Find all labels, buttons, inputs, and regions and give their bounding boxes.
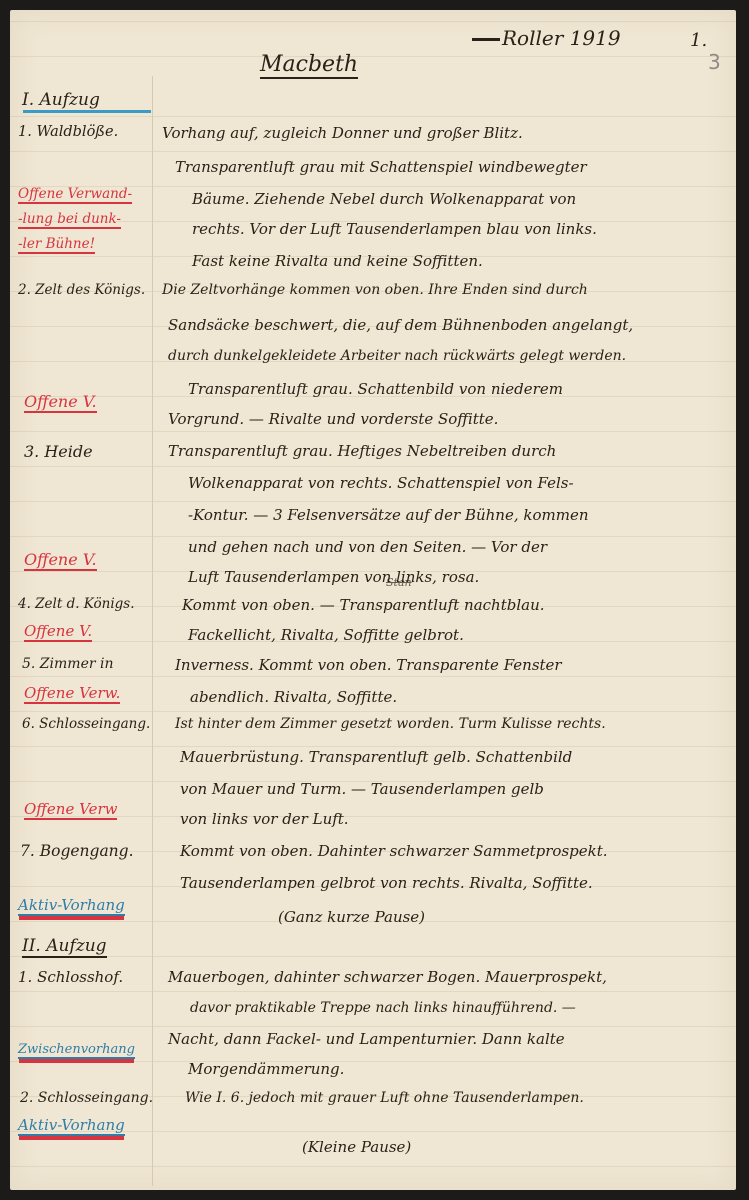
direction-line: von links vor der Luft.	[180, 810, 349, 828]
page-title: Macbeth	[260, 52, 358, 79]
act-heading-2: II. Aufzug	[22, 936, 107, 958]
transition-note: Offene V.	[24, 622, 92, 642]
scene-label: 1. Waldblöße.	[18, 124, 118, 140]
scene-label: 7. Bogengang.	[20, 842, 134, 860]
manuscript-page: Roller 1919 1. 3 Macbeth I. Aufzug 1. Wa…	[10, 10, 736, 1190]
scene-label: 4. Zelt d. Königs.	[18, 596, 135, 612]
direction-line: Nacht, dann Fackel- und Lampenturnier. D…	[168, 1030, 565, 1048]
direction-line: Kommt von oben. — Transparentluft nachtb…	[182, 596, 545, 614]
direction-line: Fast keine Rivalta und keine Soffitten.	[192, 252, 483, 270]
direction-line: Vorhang auf, zugleich Donner und großer …	[162, 124, 523, 142]
struck-word: Stan	[386, 576, 412, 589]
scene-label: 2. Zelt des Königs.	[18, 282, 145, 298]
direction-line: Vorgrund. — Rivalte und vorderste Soffit…	[168, 410, 498, 428]
direction-line: Transparentluft grau. Schattenbild von n…	[188, 380, 563, 398]
transition-note: Offene Verwand-	[18, 186, 132, 204]
author-date-text: Roller 1919	[502, 26, 621, 50]
direction-line: rechts. Vor der Luft Tausenderlampen bla…	[192, 220, 597, 238]
scene-label: 5. Zimmer in	[22, 656, 114, 672]
direction-line: Wolkenapparat von rechts. Schattenspiel …	[188, 474, 574, 492]
direction-line: durch dunkelgekleidete Arbeiter nach rüc…	[168, 348, 626, 364]
pencil-page-number: 3	[708, 50, 721, 74]
direction-line: Ist hinter dem Zimmer gesetzt worden. Tu…	[175, 716, 606, 732]
direction-line: Die Zeltvorhänge kommen von oben. Ihre E…	[162, 282, 588, 298]
margin-rule	[152, 76, 153, 1186]
scene-label: 3. Heide	[24, 442, 93, 461]
direction-text: Kommt von oben. — Transparentluft nachtb…	[182, 596, 545, 614]
curtain-note: Aktiv-Vorhang	[18, 1116, 125, 1136]
direction-line: Kommt von oben. Dahinter schwarzer Samme…	[180, 842, 608, 860]
direction-line: Sandsäcke beschwert, die, auf dem Bühnen…	[168, 316, 633, 334]
direction-line: Luft Tausenderlampen von links, rosa.	[188, 568, 479, 586]
act-heading-1: I. Aufzug	[22, 90, 152, 110]
transition-note: -ler Bühne!	[18, 236, 95, 254]
direction-line: -Kontur. — 3 Felsenversätze auf der Bühn…	[188, 506, 589, 524]
scene-label: 1. Schlosshof.	[18, 968, 123, 986]
direction-line: Mauerbogen, dahinter schwarzer Bogen. Ma…	[168, 968, 607, 986]
dash-mark	[472, 38, 500, 41]
pause-note: (Ganz kurze Pause)	[278, 908, 425, 926]
direction-line: von Mauer und Turm. — Tausenderlampen ge…	[180, 780, 544, 798]
transition-note: -lung bei dunk-	[18, 211, 121, 229]
curtain-note: Aktiv-Vorhang	[18, 896, 125, 916]
pause-note: (Kleine Pause)	[302, 1138, 411, 1156]
transition-note: Offene V.	[24, 392, 97, 413]
direction-line: Transparentluft grau. Heftiges Nebeltrei…	[168, 442, 556, 460]
direction-line: Morgendämmerung.	[188, 1060, 344, 1078]
direction-line: Transparentluft grau mit Schattenspiel w…	[175, 158, 587, 176]
direction-line: Tausenderlampen gelbrot von rechts. Riva…	[180, 874, 593, 892]
page-number: 1.	[690, 30, 707, 51]
scene-label: 6. Schlosseingang.	[22, 716, 150, 732]
direction-line: davor praktikable Treppe nach links hina…	[190, 1000, 576, 1016]
direction-line: abendlich. Rivalta, Soffitte.	[190, 688, 397, 706]
direction-line: Wie I. 6. jedoch mit grauer Luft ohne Ta…	[185, 1090, 584, 1106]
direction-line: Mauerbrüstung. Transparentluft gelb. Sch…	[180, 748, 572, 766]
transition-note: Offene Verw	[24, 800, 117, 820]
transition-note: Offene V.	[24, 550, 97, 571]
author-date: Roller 1919	[472, 26, 621, 50]
direction-line: und gehen nach und von den Seiten. — Vor…	[188, 538, 547, 556]
direction-line: Inverness. Kommt von oben. Transparente …	[175, 656, 562, 674]
curtain-note: Zwischenvorhang	[18, 1042, 135, 1059]
transition-note: Offene Verw.	[24, 684, 120, 704]
scene-label: 2. Schlosseingang.	[20, 1090, 153, 1106]
direction-line: Fackellicht, Rivalta, Soffitte gelbrot.	[188, 626, 464, 644]
direction-line: Bäume. Ziehende Nebel durch Wolkenappara…	[192, 190, 576, 208]
